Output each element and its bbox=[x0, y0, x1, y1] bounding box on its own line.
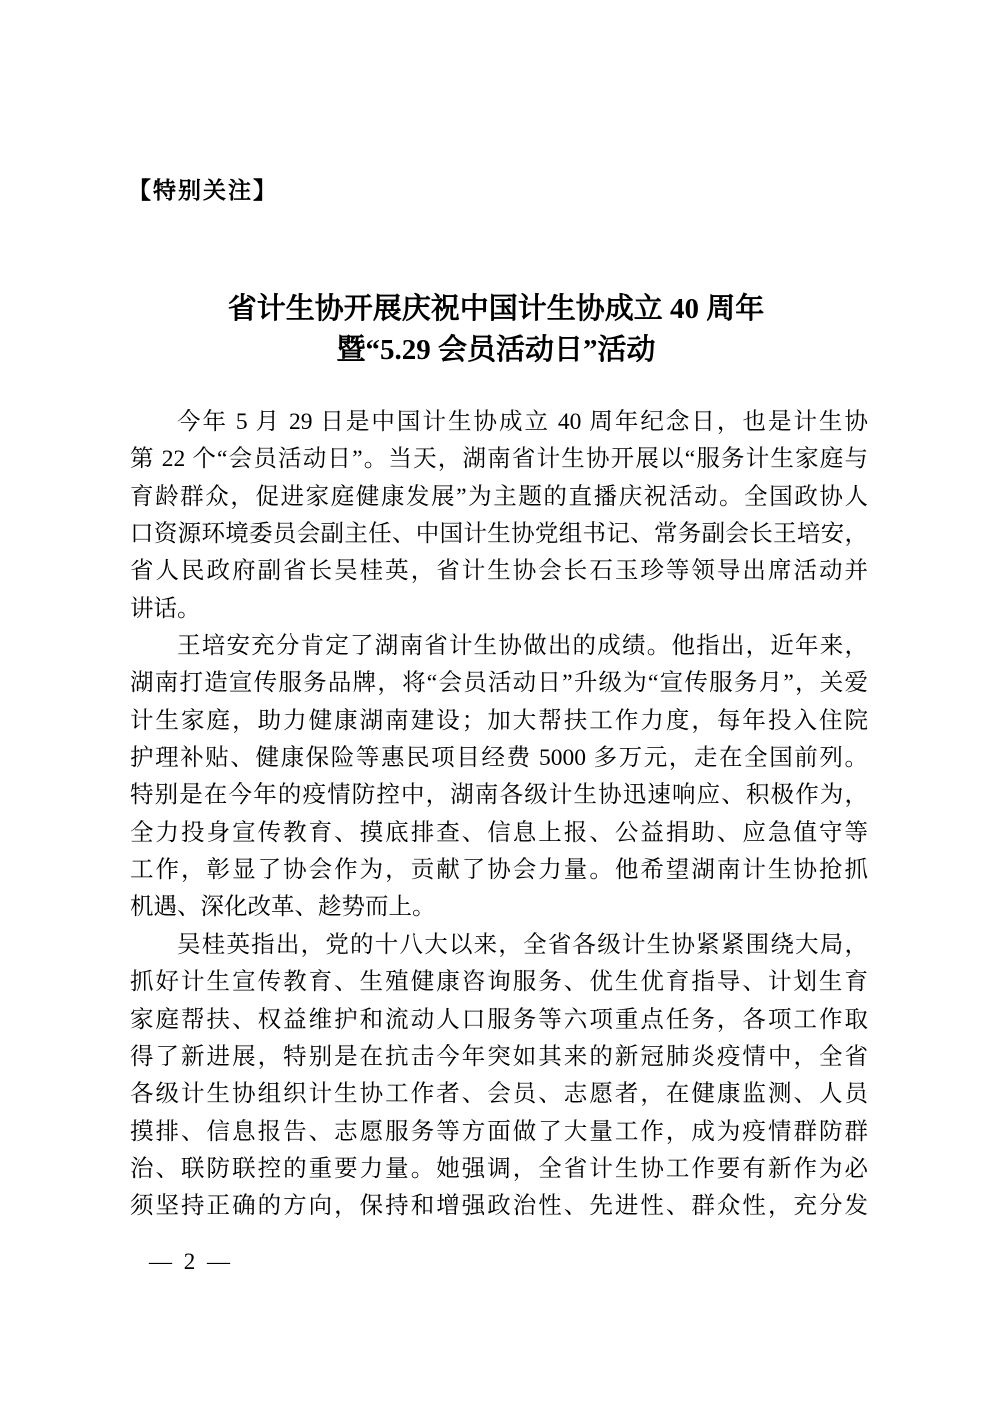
text-line: 家庭帮扶、权益维护和流动人口服务等六项重点任务，各项工作取 bbox=[130, 1002, 868, 1039]
text-line: 讲话。 bbox=[130, 591, 868, 628]
article-title-line-2: 暨“5.29 会员活动日”活动 bbox=[0, 330, 992, 371]
text-line: 护理补贴、健康保险等惠民项目经费 5000 多万元，走在全国前列。 bbox=[130, 740, 868, 777]
text-line: 吴桂英指出，党的十八大以来，全省各级计生协紧紧围绕大局， bbox=[130, 927, 868, 964]
article-title: 省计生协开展庆祝中国计生协成立 40 周年 暨“5.29 会员活动日”活动 bbox=[0, 289, 992, 371]
text-line: 工作，彰显了协会作为，贡献了协会力量。他希望湖南计生协抢抓 bbox=[130, 852, 868, 889]
article-body: 今年 5 月 29 日是中国计生协成立 40 周年纪念日，也是计生协 第 22 … bbox=[130, 404, 868, 1226]
paragraph: 吴桂英指出，党的十八大以来，全省各级计生协紧紧围绕大局， 抓好计生宣传教育、生殖… bbox=[130, 927, 868, 1226]
text-line: 治、联防联控的重要力量。她强调，全省计生协工作要有新作为必 bbox=[130, 1151, 868, 1188]
text-line: 机遇、深化改革、趁势而上。 bbox=[130, 889, 868, 926]
text-line: 今年 5 月 29 日是中国计生协成立 40 周年纪念日，也是计生协 bbox=[130, 404, 868, 441]
section-tag: 【特别关注】 bbox=[128, 172, 278, 205]
text-line: 全力投身宣传教育、摸底排查、信息上报、公益捐助、应急值守等 bbox=[130, 815, 868, 852]
paragraph: 王培安充分肯定了湖南省计生协做出的成绩。他指出，近年来， 湖南打造宣传服务品牌，… bbox=[130, 628, 868, 927]
text-line: 抓好计生宣传教育、生殖健康咨询服务、优生优育指导、计划生育 bbox=[130, 964, 868, 1001]
paragraph: 今年 5 月 29 日是中国计生协成立 40 周年纪念日，也是计生协 第 22 … bbox=[130, 404, 868, 628]
text-line: 摸排、信息报告、志愿服务等方面做了大量工作，成为疫情群防群 bbox=[130, 1114, 868, 1151]
text-line: 省人民政府副省长吴桂英，省计生协会长石玉珍等领导出席活动并 bbox=[130, 553, 868, 590]
text-line: 第 22 个“会员活动日”。当天，湖南省计生协开展以“服务计生家庭与 bbox=[130, 441, 868, 478]
page-number: — 2 — bbox=[149, 1249, 233, 1275]
text-line: 口资源环境委员会副主任、中国计生协党组书记、常务副会长王培安， bbox=[130, 516, 868, 553]
text-line: 须坚持正确的方向，保持和增强政治性、先进性、群众性，充分发 bbox=[130, 1188, 868, 1225]
document-page: 【特别关注】 省计生协开展庆祝中国计生协成立 40 周年 暨“5.29 会员活动… bbox=[0, 0, 992, 1403]
text-line: 计生家庭，助力健康湖南建设；加大帮扶工作力度，每年投入住院 bbox=[130, 703, 868, 740]
text-line: 王培安充分肯定了湖南省计生协做出的成绩。他指出，近年来， bbox=[130, 628, 868, 665]
text-line: 各级计生协组织计生协工作者、会员、志愿者，在健康监测、人员 bbox=[130, 1076, 868, 1113]
text-line: 得了新进展，特别是在抗击今年突如其来的新冠肺炎疫情中，全省 bbox=[130, 1039, 868, 1076]
article-title-line-1: 省计生协开展庆祝中国计生协成立 40 周年 bbox=[0, 289, 992, 330]
text-line: 湖南打造宣传服务品牌，将“会员活动日”升级为“宣传服务月”，关爱 bbox=[130, 665, 868, 702]
text-line: 育龄群众，促进家庭健康发展”为主题的直播庆祝活动。全国政协人 bbox=[130, 479, 868, 516]
text-line: 特别是在今年的疫情防控中，湖南各级计生协迅速响应、积极作为， bbox=[130, 777, 868, 814]
